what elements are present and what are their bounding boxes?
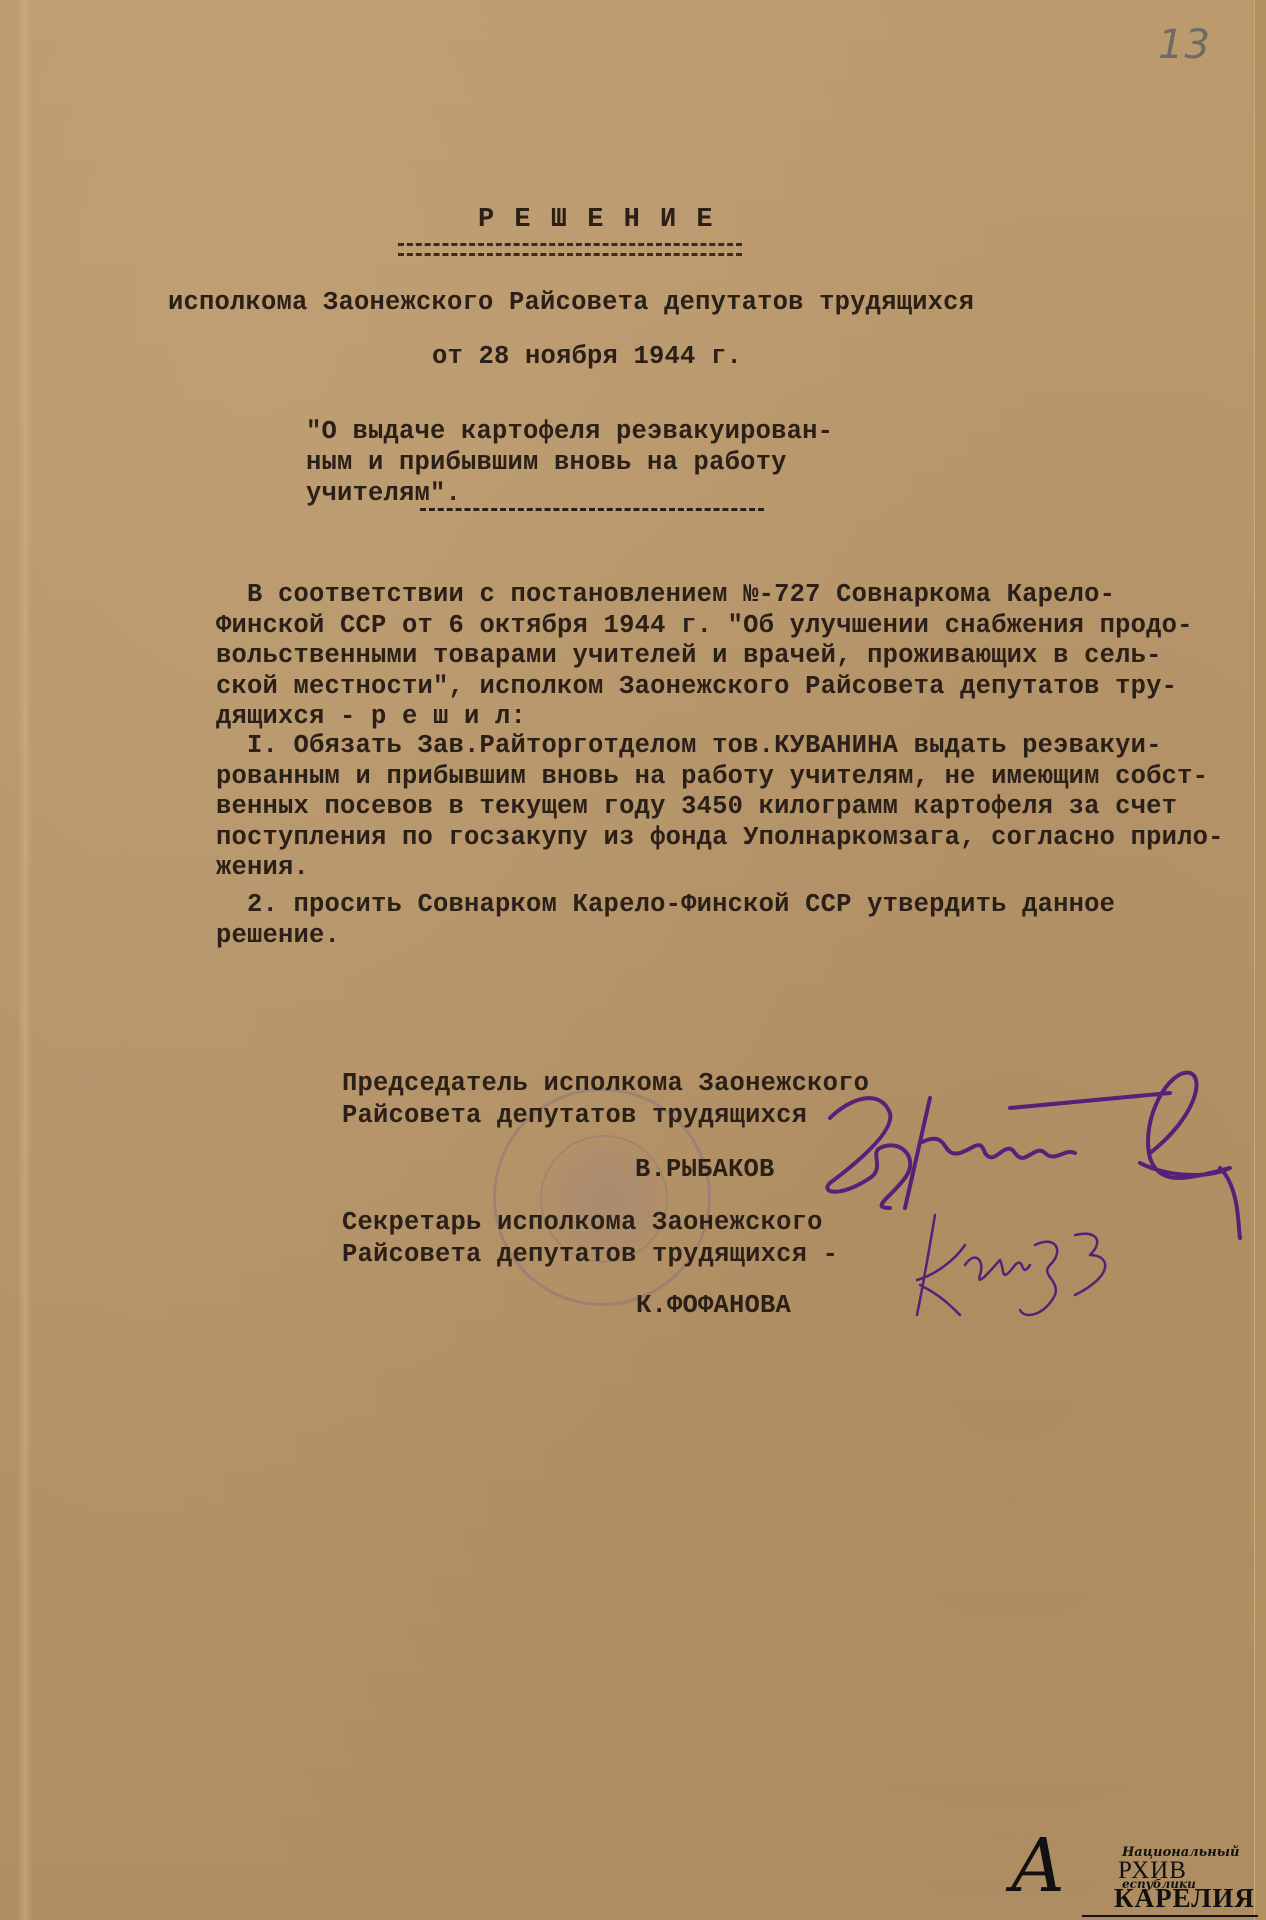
subject-line: ным и прибывшим вновь на работу bbox=[306, 447, 833, 478]
resolution-item-2: 2. просить Совнарком Карело-Финской ССР … bbox=[216, 889, 1115, 951]
secretary-title: Секретарь исполкома ЗаонежскогоРайсовета… bbox=[342, 1207, 838, 1271]
text-line: ской местности", исполком Заонежского Ра… bbox=[216, 672, 1193, 703]
text-line: венных посевов в текущем году 3450 килог… bbox=[216, 792, 1224, 823]
subject-line: "О выдаче картофеля реэвакуирован- bbox=[306, 416, 833, 447]
document-date: от 28 ноября 1944 г. bbox=[432, 342, 742, 372]
text-line: решение. bbox=[216, 920, 1115, 951]
secretary-name: К.ФОФАНОВА bbox=[636, 1291, 791, 1321]
document-page: 13 Р Е Ш Е Н И Е исполкома Заонежского Р… bbox=[0, 0, 1266, 1920]
preamble-paragraph: В соответствии с постановлением №-727 Со… bbox=[216, 580, 1193, 733]
chairman-title: Председатель исполкома ЗаонежскогоРайсов… bbox=[342, 1068, 869, 1132]
paper-edge bbox=[1254, 0, 1266, 1920]
archive-logo-initial: А bbox=[1010, 1829, 1066, 1903]
text-line: Райсовета депутатов трудящихся bbox=[342, 1100, 869, 1132]
text-line: поступления по госзакупу из фонда Уполна… bbox=[216, 823, 1224, 854]
text-line: Секретарь исполкома Заонежского bbox=[342, 1207, 838, 1239]
text-line: 2. просить Совнарком Карело-Финской ССР … bbox=[216, 889, 1115, 920]
secretary-signature bbox=[905, 1205, 1145, 1325]
text-line: жения. bbox=[216, 853, 1224, 884]
title-double-underline bbox=[398, 243, 742, 256]
chairman-name: В.РЫБАКОВ bbox=[635, 1155, 775, 1185]
text-line: Финской ССР от 6 октября 1944 г. "Об улу… bbox=[216, 611, 1193, 642]
paper-fold bbox=[18, 0, 32, 1920]
text-line: I. Обязать Зав.Райторготделом тов.КУВАНИ… bbox=[216, 731, 1224, 762]
text-line: Председатель исполкома Заонежского bbox=[342, 1068, 869, 1100]
text-line: Райсовета депутатов трудящихся - bbox=[342, 1239, 838, 1271]
text-line: рованным и прибывшим вновь на работу учи… bbox=[216, 762, 1224, 793]
text-line: дящихся - р е ш и л: bbox=[216, 702, 1193, 733]
subject-underline bbox=[420, 508, 764, 511]
text-line: В соответствии с постановлением №-727 Со… bbox=[216, 580, 1193, 611]
archive-page-number: 13 bbox=[1158, 22, 1211, 68]
issuing-body: исполкома Заонежского Райсовета депутато… bbox=[168, 288, 974, 318]
text-line: вольственными товарами учителей и врачей… bbox=[216, 641, 1193, 672]
subject-line: учителям". bbox=[306, 478, 833, 509]
quill-pen-icon bbox=[1082, 1915, 1258, 1917]
archive-logo: А Национальный РХИВ еспублики КАРЕЛИЯ bbox=[1010, 1815, 1260, 1920]
resolution-item-1: I. Обязать Зав.Райторготделом тов.КУВАНИ… bbox=[216, 731, 1224, 884]
archive-logo-line4: КАРЕЛИЯ bbox=[1114, 1883, 1255, 1914]
document-subject: "О выдаче картофеля реэвакуирован-ным и … bbox=[306, 416, 833, 509]
document-title: Р Е Ш Е Н И Е bbox=[478, 205, 715, 235]
